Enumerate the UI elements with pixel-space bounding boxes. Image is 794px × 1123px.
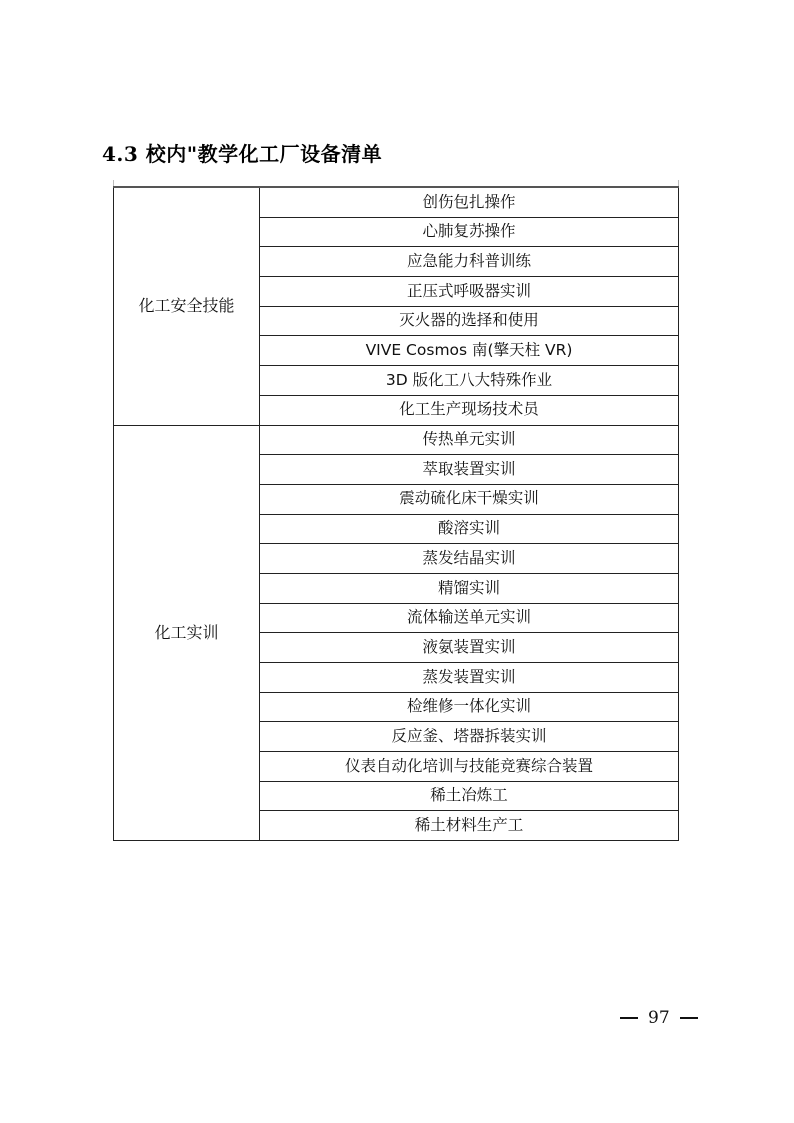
equipment-item-cell: 稀土材料生产工: [260, 811, 679, 841]
table-row: 化工实训传热单元实训: [114, 425, 679, 455]
equipment-item-cell: 传热单元实训: [260, 425, 679, 455]
equipment-item-cell: 液氨装置实训: [260, 633, 679, 663]
equipment-item-cell: 创伤包扎操作: [260, 187, 679, 217]
equipment-item-cell: 酸溶实训: [260, 514, 679, 544]
dash-right: [680, 1017, 698, 1019]
equipment-item-cell: 蒸发结晶实训: [260, 544, 679, 574]
equipment-item-cell: 正压式呼吸器实训: [260, 277, 679, 307]
page-number: 97: [648, 1008, 670, 1028]
equipment-item-cell: 化工生产现场技术员: [260, 395, 679, 425]
equipment-item-cell: 心肺复苏操作: [260, 217, 679, 247]
equipment-item-cell: 灭火器的选择和使用: [260, 306, 679, 336]
equipment-item-cell: 蒸发装置实训: [260, 663, 679, 693]
category-cell: 化工安全技能: [114, 187, 260, 425]
equipment-item-cell: 反应釜、塔器拆装实训: [260, 722, 679, 752]
section-heading: 4.3 校内"教学化工厂设备清单: [102, 138, 382, 167]
equipment-item-cell: 检维修一体化实训: [260, 692, 679, 722]
equipment-item-cell: 萃取装置实训: [260, 455, 679, 485]
equipment-table: 化工安全技能创伤包扎操作心肺复苏操作应急能力科普训练正压式呼吸器实训灭火器的选择…: [113, 186, 679, 841]
equipment-item-cell: VIVE Cosmos 南(擎天柱 VR): [260, 336, 679, 366]
table-row: 化工安全技能创伤包扎操作: [114, 187, 679, 217]
page-footer: 97: [620, 1008, 698, 1028]
dash-left: [620, 1017, 638, 1019]
equipment-item-cell: 仪表自动化培训与技能竞赛综合装置: [260, 752, 679, 782]
equipment-item-cell: 应急能力科普训练: [260, 247, 679, 277]
equipment-item-cell: 震动硫化床干燥实训: [260, 484, 679, 514]
category-cell: 化工实训: [114, 425, 260, 841]
equipment-item-cell: 流体输送单元实训: [260, 603, 679, 633]
equipment-item-cell: 精馏实训: [260, 573, 679, 603]
equipment-item-cell: 稀土冶炼工: [260, 781, 679, 811]
equipment-item-cell: 3D 版化工八大特殊作业: [260, 366, 679, 396]
